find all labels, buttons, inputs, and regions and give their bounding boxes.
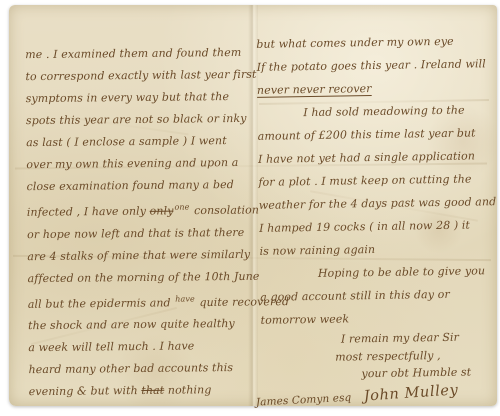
line-text: evening & but with	[29, 384, 142, 398]
letter-paper: me . I examined them and found them to c…	[9, 5, 497, 406]
letter-line: I hamped 19 cocks ( in all now 28 ) it	[259, 213, 493, 240]
letter-page-right: but what comes under my own eye If the p…	[256, 29, 496, 404]
letter-line: If the potato goes this year . Ireland w…	[256, 52, 490, 79]
line-text: consolation	[190, 203, 259, 217]
letter-line: symptoms in every way but that the	[26, 86, 248, 110]
letter-line: or hope now left and that is that there	[27, 221, 249, 245]
letter-line: a week will tell much . I have	[28, 335, 250, 359]
letter-line-with-correction: infected , I have only onlyone consolati…	[27, 196, 249, 224]
struck-word: that	[141, 384, 164, 397]
line-text: nothing	[164, 384, 211, 397]
line-text: all but the epidermis and	[28, 296, 175, 311]
struck-word: only	[150, 204, 174, 217]
letter-line: are 4 stalks of mine that were similarly	[27, 243, 249, 267]
letter-scan: me . I examined them and found them to c…	[0, 0, 500, 416]
letter-line: to correspond exactly with last year fir…	[25, 64, 247, 88]
signature: John Mulley	[363, 379, 496, 405]
letter-line: heard many other bad accounts this	[28, 357, 250, 381]
letter-line: close examination found many a bed	[27, 174, 249, 198]
letter-line: the shock and are now quite healthy	[28, 313, 250, 337]
letter-line-with-correction: evening & but with that nothing	[29, 379, 251, 403]
letter-line: Hoping to be able to give you	[318, 259, 494, 285]
letter-line: me . I examined them and found them	[25, 42, 247, 66]
inserted-word: one	[174, 202, 189, 211]
closing-line: your obt Humble st	[361, 363, 495, 383]
letter-page-left: me . I examined them and found them to c…	[25, 42, 251, 404]
line-text: infected , I have only	[27, 205, 150, 219]
letter-line-with-insertion: all but the epidermis and have quite rec…	[28, 287, 250, 315]
inserted-word: have	[175, 294, 195, 303]
letter-line: I had sold meadowing to the	[303, 98, 491, 124]
letter-line: over my own this evening and upon a	[26, 152, 248, 176]
addressee: James Comyn esq	[255, 387, 352, 415]
letter-line: as last ( I enclose a sample ) I went	[26, 130, 248, 154]
letter-line: spots this year are not so black or inky	[26, 108, 248, 132]
letter-line: affected on the morning of the 10th June	[27, 265, 249, 289]
